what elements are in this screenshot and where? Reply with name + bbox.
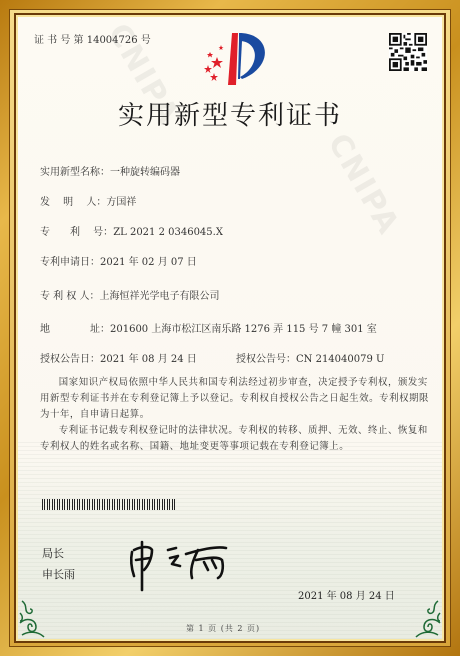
field-application-date: 专利申请日：2021 年 02 月 07 日 [40,253,197,268]
corner-ornament-icon [412,599,442,639]
field-label: 实用新型名称： [40,163,110,178]
barcode [42,499,177,510]
field-value: 一种旋转编码器 [110,167,180,178]
gold-frame: CNIPA CNIPA 证 书 号 第 14004726 号 [0,0,460,656]
director-signature [126,532,236,592]
field-value: 201600 上海市松江区南乐路 1276 弄 115 号 7 幢 301 室 [110,324,377,335]
corner-ornament-icon [18,599,48,639]
field-grant-number: 授权公告号：CN 214040079 U [236,350,384,365]
qr-code [389,33,427,71]
watermark: CNIPA [321,128,407,241]
certificate-title: 实用新型专利证书 [18,95,442,132]
field-label: 地 址： [40,320,110,335]
field-label: 专 利 权 人： [40,287,100,302]
field-label: 专 利 号： [40,223,113,238]
field-patentee: 专 利 权 人：上海恒祥光学电子有限公司 [40,287,220,302]
certificate-number: 证 书 号 第 14004726 号 [34,31,151,46]
field-patent-number: 专 利 号：ZL 2021 2 0346045.X [40,223,223,238]
legal-status-paragraph: 专利证书记载专利权登记时的法律状况。专利权的转移、质押、无效、终止、恢复和专利权… [40,423,432,455]
cnipa-logo-icon [202,27,272,87]
grant-statement-paragraph: 国家知识产权局依照中华人民共和国专利法经过初步审查，决定授予专利权，颁发实用新型… [40,375,432,423]
certificate-paper: CNIPA CNIPA 证 书 号 第 14004726 号 [18,17,442,639]
field-value: 2021 年 08 月 24 日 [100,354,197,365]
field-label: 授权公告号： [236,350,296,365]
director-title: 局长 [42,545,64,561]
signature-date: 2021 年 08 月 24 日 [298,587,395,602]
field-address: 地 址：201600 上海市松江区南乐路 1276 弄 115 号 7 幢 30… [40,320,377,335]
field-label: 发 明 人： [40,193,106,208]
field-label: 专利申请日： [40,253,100,268]
page-indicator: 第 1 页 (共 2 页) [186,623,260,634]
field-value: 2021 年 02 月 07 日 [100,257,197,268]
field-utility-model-name: 实用新型名称：一种旋转编码器 [40,163,180,178]
field-grant-date: 授权公告日：2021 年 08 月 24 日 [40,350,197,365]
field-value: CN 214040079 U [296,354,384,365]
field-inventor: 发 明 人：方国祥 [40,193,136,208]
field-value: 方国祥 [106,197,136,208]
field-value: 上海恒祥光学电子有限公司 [100,291,220,302]
director-name: 申长雨 [42,566,75,582]
field-value: ZL 2021 2 0346045.X [113,227,223,238]
field-label: 授权公告日： [40,350,100,365]
